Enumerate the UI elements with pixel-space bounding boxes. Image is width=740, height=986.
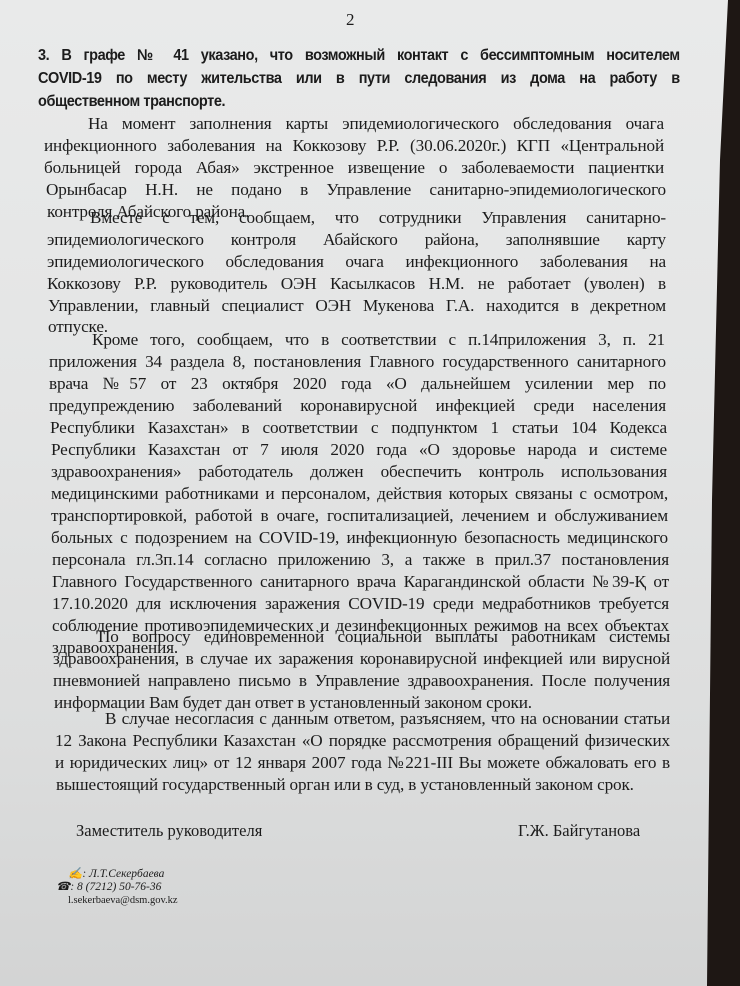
heading-line: 3. В графе № 41 указано, что возможный к…	[38, 45, 680, 67]
phone-number: : 8 (7212) 50-76-36	[70, 881, 161, 893]
text-line: эпидемиологического контроля Абайского р…	[47, 229, 666, 251]
text-line: персонала гл.3п.14 согласно приложению 3…	[52, 549, 669, 571]
text-line: приложения 34 раздела 8, постановления Г…	[49, 351, 666, 373]
text-line: По вопросу единовременной социальной вып…	[98, 626, 670, 648]
text-line: Управлении, главный специалист ОЭН Мукен…	[48, 295, 666, 317]
text-line: больницей города Абая» экстренное извеще…	[44, 157, 664, 179]
text-line: транспортировкой, работой в очаге, госпи…	[51, 505, 668, 527]
page-number: 2	[346, 9, 355, 31]
text-line: вышестоящий государственный орган или в …	[56, 774, 671, 796]
text-line: В случае несогласия с данным ответом, ра…	[105, 708, 670, 730]
text-line: 12 Закона Республики Казахстан «О порядк…	[55, 730, 670, 752]
text-line: Орынбасар Н.Н. не подано в Управление са…	[46, 179, 666, 201]
document-page: 2 3. В графе № 41 указано, что возможный…	[0, 0, 740, 986]
text-line: врача №57 от 23 октября 2020 года «О дал…	[49, 373, 666, 395]
text-line: Республики Казахстан от 7 июля 2020 года…	[51, 439, 667, 461]
text-line: Вместе с тем, сообщаем, что сотрудники У…	[90, 207, 666, 229]
signature-position: Заместитель руководителя	[76, 820, 262, 842]
heading-line: COVID-19 по месту жительства или в пути …	[38, 68, 680, 90]
text-line: медицинскими работниками и персоналом, д…	[51, 483, 668, 505]
heading-line: общественном транспорте.	[38, 91, 680, 113]
text-line: Республики Казахстан» в соответствии с п…	[50, 417, 667, 439]
text-line: 17.10.2020 для исключения заражения COVI…	[52, 593, 669, 615]
phone-line: ☎: 8 (7212) 50-76-36	[56, 881, 161, 894]
text-line: пневмонией направлено письмо в Управлени…	[53, 670, 670, 692]
text-line: Коккозову Р.Р. руководитель ОЭН Касылкас…	[47, 273, 666, 295]
pen-icon: ✍	[68, 868, 82, 880]
text-line: На момент заполнения карты эпидемиологич…	[88, 113, 664, 135]
text-line: здравоохранения, в случае их заражения к…	[53, 648, 670, 670]
email-address: l.sekerbaeva@dsm.gov.kz	[68, 895, 178, 907]
executor-name: : Л.Т.Секербаева	[82, 868, 164, 880]
text-line: эпидемиологического обследования очага и…	[47, 251, 666, 273]
text-line: и юридических лиц» от 12 января 2007 год…	[55, 752, 670, 774]
signature-name: Г.Ж. Байгутанова	[518, 820, 640, 842]
text-line: Кроме того, сообщаем, что в соответствии…	[92, 329, 665, 351]
text-line: здравоохранения» работодатель должен обе…	[51, 461, 667, 483]
executor-line: ✍: Л.Т.Секербаева	[68, 868, 164, 881]
text-line: инфекционного заболевания на Коккозову Р…	[44, 135, 664, 157]
phone-icon: ☎	[56, 881, 70, 893]
text-line: Главного Государственного санитарного вр…	[52, 571, 669, 593]
text-line: больных с подозрением на COVID-19, инфек…	[51, 527, 668, 549]
text-line: предупреждению заболеваний коронавирусно…	[49, 395, 666, 417]
